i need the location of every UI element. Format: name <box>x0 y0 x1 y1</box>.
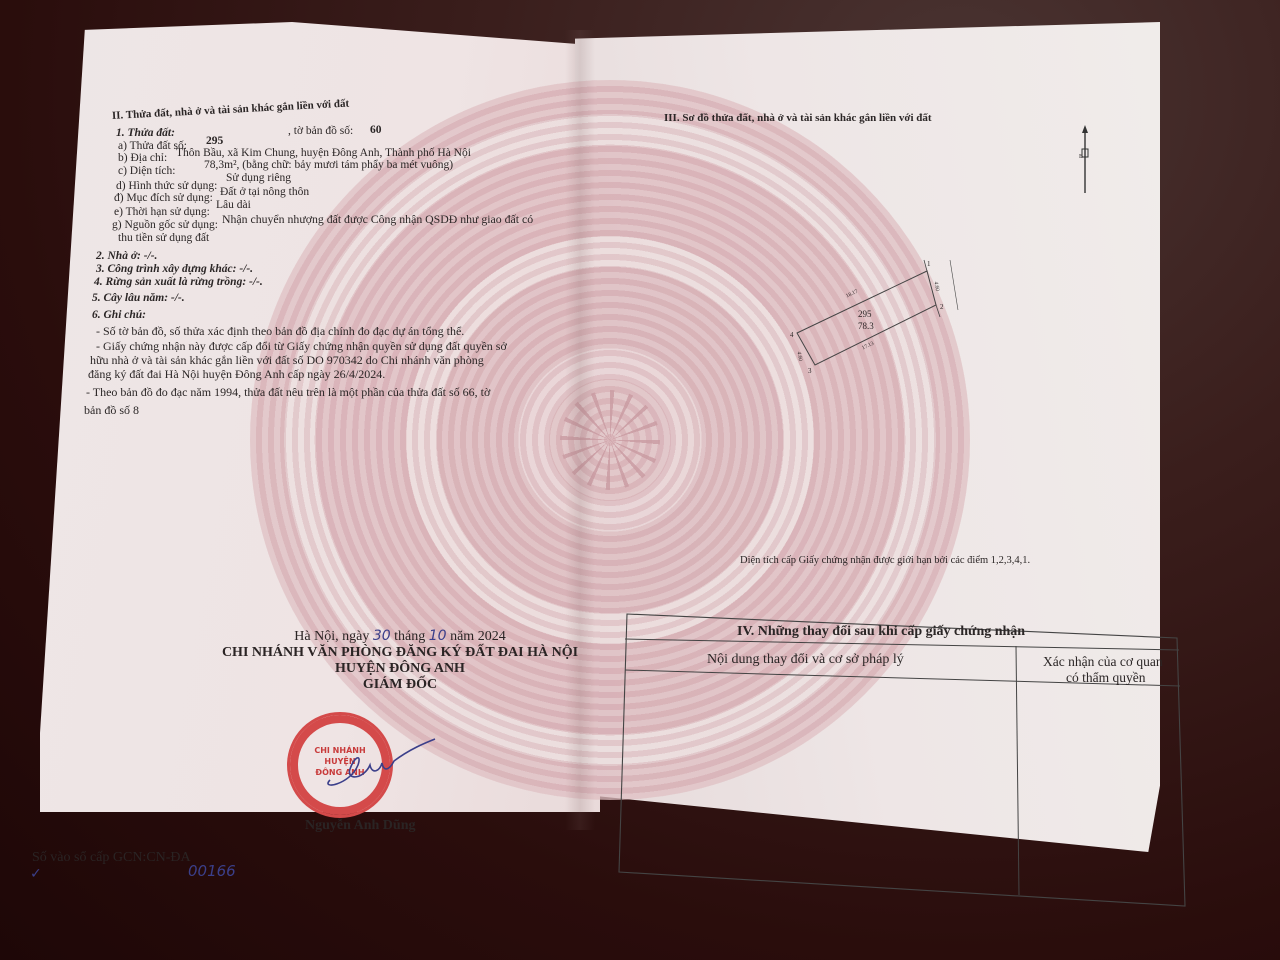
origin-line2: thu tiền sử dụng đất <box>118 232 209 245</box>
signature-block: Hà Nội, ngày 30 tháng 10 năm 2024 CHI NH… <box>190 628 610 693</box>
plot-point-2: 2 <box>940 301 944 314</box>
registry-label: Số vào sổ cấp GCN:CN-ĐA <box>32 850 191 866</box>
issue-date-line: Hà Nội, ngày 30 tháng 10 năm 2024 <box>190 628 610 645</box>
issue-month: 10 <box>429 628 447 644</box>
month-label: tháng <box>394 629 425 644</box>
plot-point-1: 1 <box>927 258 931 271</box>
map-sheet-value: 60 <box>370 124 382 137</box>
plot-point-4: 4 <box>790 329 794 342</box>
term-label: e) Thời hạn sử dụng: <box>114 206 210 219</box>
note-line: hữu nhà ở và tài sản khác gắn liền với đ… <box>90 354 484 367</box>
area-label: c) Diện tích: <box>118 165 175 178</box>
plot-area-label-diagram: 78.3 <box>858 320 874 333</box>
origin-line1: Nhận chuyển nhượng đất được Công nhận QS… <box>222 213 533 226</box>
note-line: - Giấy chứng nhận này được cấp đổi từ Gi… <box>96 340 507 353</box>
area-value: 78,3m², (bằng chữ: bảy mươi tám phẩy ba … <box>204 159 453 172</box>
land-plot-diagram <box>790 250 960 380</box>
section-iii-title: III. Sơ đồ thửa đất, nhà ở và tài sản kh… <box>664 112 932 125</box>
issuing-org-line2: HUYỆN ĐÔNG ANH <box>190 661 610 677</box>
boundary-note: Diện tích cấp Giấy chứng nhận được giới … <box>740 554 1030 567</box>
purpose-value: Đất ở tại nông thôn <box>220 186 309 199</box>
changes-col-confirmation-2: có thẩm quyền <box>1066 671 1145 684</box>
page-gutter <box>565 30 595 830</box>
note-line: bản đồ số 8 <box>84 404 139 417</box>
signer-position: GIÁM ĐỐC <box>190 677 610 693</box>
note-line: đăng ký đất đai Hà Nội huyện Đông Anh cấ… <box>88 368 385 381</box>
date-prefix: Hà Nội, ngày <box>294 629 369 644</box>
item6-notes-heading: 6. Ghi chú: <box>92 309 146 322</box>
registry-number: 00166 <box>188 862 236 880</box>
handwritten-signature <box>310 735 440 795</box>
purpose-label: đ) Mục đích sử dụng: <box>114 192 213 205</box>
plot-point-3: 3 <box>808 365 812 378</box>
term-value: Lâu dài <box>216 199 251 212</box>
issuing-org-line1: CHI NHÁNH VĂN PHÒNG ĐĂNG KÝ ĐẤT ĐAI HÀ N… <box>190 645 610 661</box>
signer-name: Nguyễn Anh Dũng <box>305 818 416 834</box>
note-line: - Theo bản đồ đo đạc năm 1994, thửa đất … <box>86 386 490 399</box>
item5-perennial-trees: 5. Cây lâu năm: -/-. <box>92 292 185 305</box>
changes-col-content: Nội dung thay đổi và cơ sở pháp lý <box>707 653 904 666</box>
issue-day: 30 <box>373 628 391 644</box>
address-label: b) Địa chỉ: <box>118 152 167 165</box>
north-arrow-icon <box>1075 125 1095 195</box>
north-label: B <box>1079 151 1083 164</box>
item3-other-construction: 3. Công trình xây dựng khác: -/-. <box>96 263 253 276</box>
usage-form-value: Sử dụng riêng <box>226 172 291 185</box>
item1-heading: 1. Thửa đất: <box>116 127 175 140</box>
check-mark-icon: ✓ <box>30 866 42 882</box>
issue-year: năm 2024 <box>450 629 506 644</box>
map-sheet-label: , tờ bản đồ số: <box>288 125 353 138</box>
note-line: - Số tờ bản đồ, số thửa xác định theo bả… <box>96 325 464 338</box>
section-iv-title: IV. Những thay đổi sau khi cấp giấy chứn… <box>737 625 1025 638</box>
item4-production-forest: 4. Rừng sản xuất là rừng trồng: -/-. <box>94 276 263 289</box>
origin-label: g) Nguồn gốc sử dụng: <box>112 219 218 232</box>
item2-house: 2. Nhà ở: -/-. <box>96 250 157 263</box>
changes-col-confirmation: Xác nhận của cơ quan <box>1043 655 1163 668</box>
